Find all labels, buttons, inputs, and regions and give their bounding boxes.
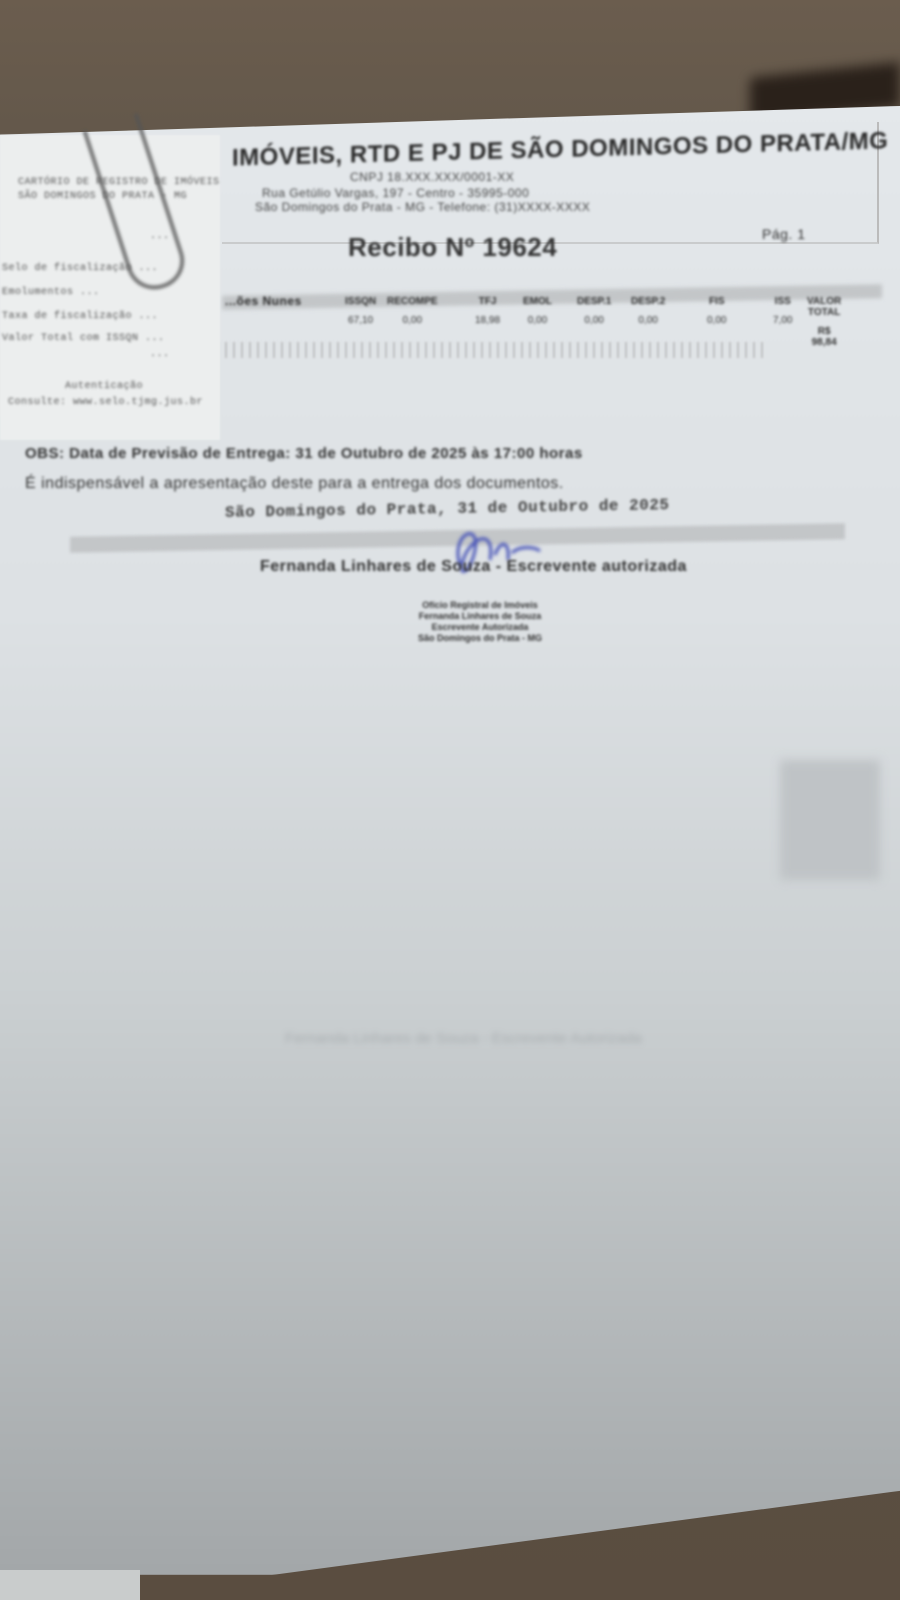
fee-column: RECOMPE0,00 bbox=[387, 296, 438, 326]
city-line: São Domingos do Prata - MG - Telefone: (… bbox=[255, 200, 590, 214]
fee-total: VALOR TOTALR$ 98,84 bbox=[807, 296, 841, 348]
mandatory-notice: É indispensável a apresentação deste par… bbox=[25, 475, 564, 493]
address-line: Rua Getúlio Vargas, 197 - Centro - 35995… bbox=[262, 186, 529, 200]
cnpj-line: CNPJ 18.XXX.XXX/0001-XX bbox=[350, 170, 514, 184]
receipt-title: Recibo Nº 19624 bbox=[348, 232, 557, 263]
paper-edge bbox=[0, 1570, 140, 1600]
bleed-through-signer: Fernanda Linhares de Souza - Escrevente … bbox=[285, 1030, 642, 1047]
fee-column: FIS0,00 bbox=[707, 296, 726, 326]
fee-column: TFJ18,98 bbox=[475, 296, 500, 326]
stamp-line: Fernanda Linhares de Souza bbox=[395, 611, 565, 622]
signer-name: Fernanda Linhares de Souza - Escrevente … bbox=[260, 558, 687, 576]
qr-code-bleed bbox=[780, 760, 880, 880]
official-stamp: Ofício Registral de Imóveis Fernanda Lin… bbox=[395, 600, 565, 644]
slip-line: ... bbox=[150, 349, 170, 360]
parties-label: ...ões Nunes bbox=[225, 294, 302, 308]
fee-column: DESP.10,00 bbox=[577, 296, 611, 326]
fee-column: DESP.20,00 bbox=[631, 296, 665, 326]
slip-line: Taxa de fiscalização ... bbox=[2, 311, 158, 322]
dotted-separator bbox=[225, 342, 765, 358]
handwritten-signature bbox=[440, 515, 550, 595]
slip-line: Valor Total com ISSQN ... bbox=[2, 333, 165, 344]
fee-column: ISSQN67,10 bbox=[345, 296, 376, 326]
delivery-forecast: OBS: Data de Previsão de Entrega: 31 de … bbox=[25, 445, 583, 462]
stamp-line: São Domingos do Prata - MG bbox=[395, 633, 565, 644]
fee-column: ISS7,00 bbox=[773, 296, 792, 326]
fee-column: EMOL0,00 bbox=[523, 296, 552, 326]
page-label: Pág. 1 bbox=[762, 226, 805, 242]
slip-line: Consulte: www.selo.tjmg.jus.br bbox=[8, 397, 203, 408]
stamp-line: Ofício Registral de Imóveis bbox=[395, 600, 565, 611]
stamp-line: Escrevente Autorizada bbox=[395, 622, 565, 633]
slip-line: Emolumentos ... bbox=[2, 287, 100, 298]
slip-line: Autenticação bbox=[65, 381, 143, 392]
